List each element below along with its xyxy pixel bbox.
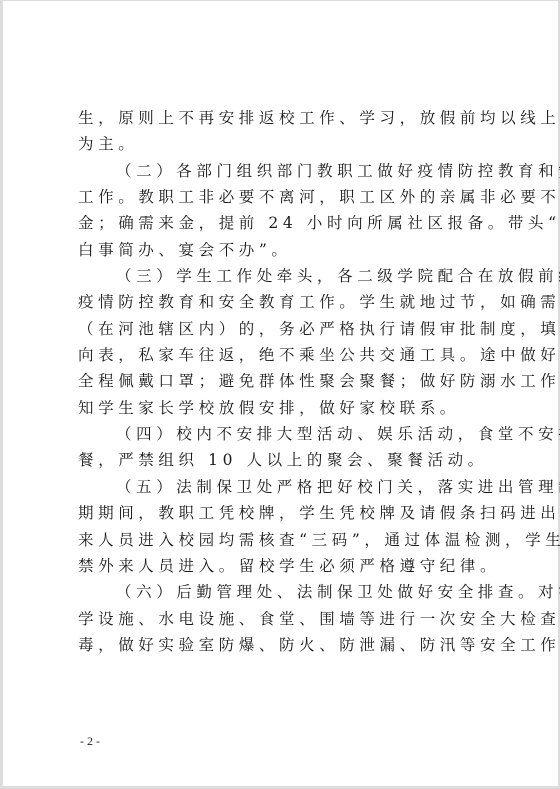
document-page: 生，原则上不再安排返校工作、学习，放假前均以线上教学活动 为主。 （二）各部门组…	[3, 1, 558, 786]
text-line: 生，原则上不再安排返校工作、学习，放假前均以线上教学活动	[78, 105, 498, 131]
text-line: 毒，做好实验室防爆、防火、防泄漏、防汛等安全工作。	[78, 632, 498, 658]
text-line: 白事简办、宴会不办”。	[78, 237, 498, 263]
text-line: 来人员进入校园均需核查“三码”，通过体温检测，学生宿舍严	[78, 527, 498, 553]
text-line: 向表，私家车往返，绝不乘坐公共交通工具。途中做好个人防护，	[78, 342, 498, 368]
section-heading-line: （二）各部门组织部门教职工做好疫情防控教育和安全教育	[78, 158, 498, 184]
text-line: 期期间，教职工凭校牌，学生凭校牌及请假条扫码进出校门。外	[78, 500, 498, 526]
text-line: 全程佩戴口罩；避免群体性聚会聚餐；做好防溺水工作；务必告	[78, 368, 498, 394]
section-heading-line: （六）后勤管理处、法制保卫处做好安全排查。对宿舍、教	[78, 579, 498, 605]
text-line: 知学生家长学校放假安排，做好家校联系。	[78, 395, 498, 421]
text-line: 学设施、水电设施、食堂、围墙等进行一次安全大检查及全面消	[78, 606, 498, 632]
section-heading-line: （五）法制保卫处严格把好校门关，落实进出管理制度。假	[78, 474, 498, 500]
section-heading-line: （三）学生工作处牵头，各二级学院配合在放假前组织做好	[78, 263, 498, 289]
page-number: - 2 -	[80, 734, 100, 749]
text-line: （在河池辖区内）的，务必严格执行请假审批制度，填报假期去	[78, 316, 498, 342]
text-line: 金；确需来金，提前 24 小时向所属社区报备。带头“红事延办、	[78, 210, 498, 236]
text-line: 疫情防控教育和安全教育工作。学生就地过节，如确需离校返乡	[78, 289, 498, 315]
text-line: 餐，严禁组织 10 人以上的聚会、聚餐活动。	[78, 447, 498, 473]
text-line: 工作。教职工非必要不离河，职工区外的亲属非必要不来（返）	[78, 184, 498, 210]
text-line: 为主。	[78, 131, 498, 157]
section-heading-line: （四）校内不安排大型活动、娱乐活动，食堂不安排围桌聚	[78, 421, 498, 447]
body-text: 生，原则上不再安排返校工作、学习，放假前均以线上教学活动 为主。 （二）各部门组…	[78, 105, 498, 658]
text-line: 禁外来人员进入。留校学生必须严格遵守纪律。	[78, 553, 498, 579]
